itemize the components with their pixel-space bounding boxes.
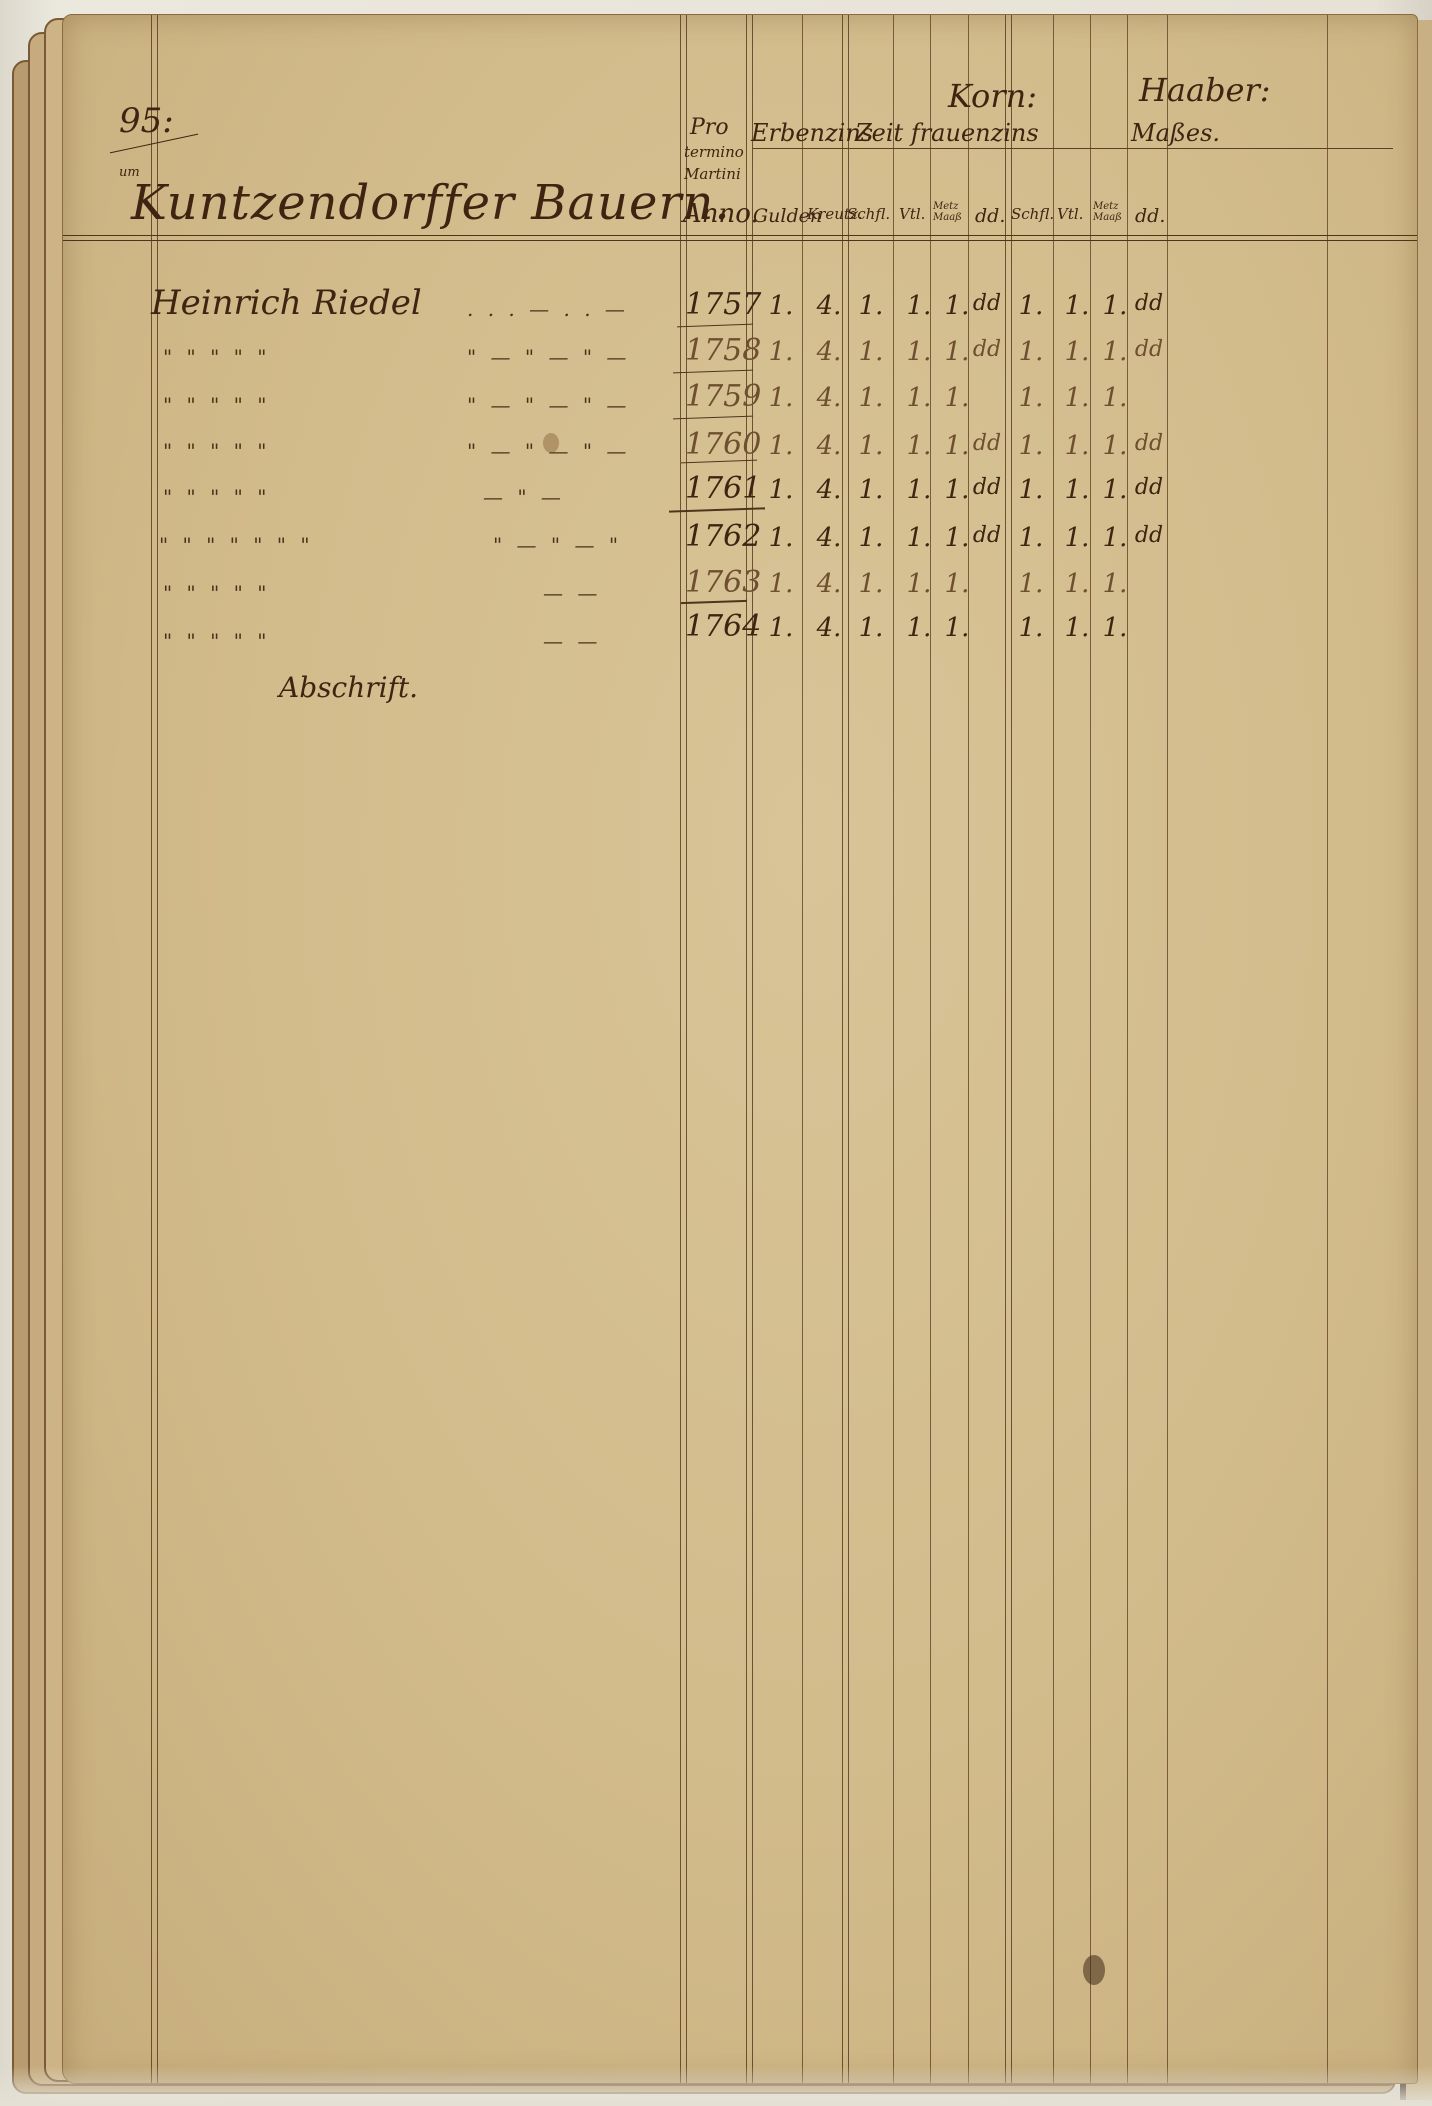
header-haaber: Haaber: xyxy=(1139,71,1271,109)
row-name-ditto: " " " " " xyxy=(163,345,270,369)
value-cell: 4. xyxy=(811,337,847,367)
value-cell: 1. xyxy=(901,523,937,553)
row-year: 1761 xyxy=(685,471,761,506)
value-cell: 1. xyxy=(1013,475,1049,505)
row-ditto-fill: — " — xyxy=(483,485,565,509)
row-ditto-fill: " — " — " — xyxy=(467,393,630,417)
row-year: 1760 xyxy=(685,427,761,462)
row-ditto-fill: " — " — " — xyxy=(467,345,630,369)
row-year: 1758 xyxy=(685,333,761,368)
value-cell: 4. xyxy=(811,291,847,321)
column-rule xyxy=(1127,15,1128,2083)
row-year: 1764 xyxy=(685,609,761,644)
ditto-cell: dd xyxy=(969,291,1005,316)
value-cell: 1. xyxy=(1059,523,1095,553)
value-cell: 1. xyxy=(1097,475,1133,505)
value-cell: 1. xyxy=(1013,337,1049,367)
value-cell: 1. xyxy=(763,475,799,505)
value-cell: 1. xyxy=(901,383,937,413)
row-name: Heinrich Riedel xyxy=(151,283,422,323)
row-name-ditto: " " " " " " " xyxy=(159,533,314,557)
col-header-metz-2: Metz Maaß xyxy=(1093,201,1127,223)
value-cell: 1. xyxy=(1059,337,1095,367)
ditto-cell: dd xyxy=(1131,475,1167,500)
row-name-ditto: " " " " " xyxy=(163,629,270,653)
header-martini: Martini xyxy=(684,165,741,183)
header-korn-sub: Zeit frauenzins xyxy=(855,119,1039,147)
ditto-cell: dd xyxy=(1131,431,1167,456)
value-cell: 1. xyxy=(763,523,799,553)
value-cell: 1. xyxy=(939,613,975,643)
column-rule-grain-right xyxy=(1005,15,1012,2083)
value-cell: 1. xyxy=(763,337,799,367)
value-cell: 1. xyxy=(1013,383,1049,413)
margin-rule xyxy=(151,15,158,2083)
value-cell: 1. xyxy=(1059,383,1095,413)
value-cell: 1. xyxy=(763,613,799,643)
column-rule xyxy=(1053,15,1054,2083)
col-header-scheffel-2: Schfl. xyxy=(1011,205,1054,223)
row-year: 1763 xyxy=(685,565,761,600)
value-cell: 1. xyxy=(1097,291,1133,321)
value-cell: 1. xyxy=(1013,613,1049,643)
row-ditto-fill: — — xyxy=(543,629,601,653)
value-cell: 1. xyxy=(1097,523,1133,553)
row-year: 1762 xyxy=(685,519,761,554)
value-cell: 4. xyxy=(811,523,847,553)
ditto-cell: dd xyxy=(1131,291,1167,316)
value-cell: 1. xyxy=(1097,569,1133,599)
value-cell: 1. xyxy=(853,431,889,461)
col-header-dd: dd. xyxy=(975,205,1005,227)
ditto-cell: dd xyxy=(969,431,1005,456)
col-header-viertel-2: Vtl. xyxy=(1057,205,1083,223)
value-cell: 1. xyxy=(901,291,937,321)
value-cell: 1. xyxy=(763,383,799,413)
damage-mark xyxy=(1083,1955,1105,1985)
value-cell: 1. xyxy=(1013,569,1049,599)
year-strike xyxy=(681,600,747,604)
value-cell: 4. xyxy=(811,475,847,505)
row-name-ditto: " " " " " xyxy=(163,439,270,463)
column-rule xyxy=(930,15,931,2083)
value-cell: 1. xyxy=(763,431,799,461)
column-rule xyxy=(968,15,969,2083)
column-rule xyxy=(1167,15,1168,2083)
column-rule-money-right xyxy=(842,15,849,2083)
row-ditto-fill: — — xyxy=(543,581,601,605)
value-cell: 1. xyxy=(1097,431,1133,461)
value-cell: 1. xyxy=(1059,291,1095,321)
header-korn: Korn: xyxy=(948,77,1037,115)
ditto-cell: dd xyxy=(1131,523,1167,548)
header-termino: termino xyxy=(684,143,744,161)
signature: Abschrift. xyxy=(279,671,418,704)
value-cell: 1. xyxy=(853,475,889,505)
header-masses: Maßes. xyxy=(1131,119,1220,147)
value-cell: 4. xyxy=(811,383,847,413)
ditto-cell: dd xyxy=(969,475,1005,500)
value-cell: 1. xyxy=(763,291,799,321)
value-cell: 4. xyxy=(811,431,847,461)
value-cell: 1. xyxy=(1097,337,1133,367)
value-cell: 1. xyxy=(1059,569,1095,599)
value-cell: 4. xyxy=(811,569,847,599)
col-header-viertel: Vtl. xyxy=(899,205,925,223)
value-cell: 1. xyxy=(901,475,937,505)
row-name-ditto: " " " " " xyxy=(163,581,270,605)
value-cell: 1. xyxy=(763,569,799,599)
col-header-dd-2: dd. xyxy=(1135,205,1165,227)
value-cell: 4. xyxy=(811,613,847,643)
value-cell: 1. xyxy=(853,291,889,321)
value-cell: 1. xyxy=(1059,475,1095,505)
ink-stain xyxy=(543,433,559,453)
value-cell: 1. xyxy=(853,383,889,413)
value-cell: 1. xyxy=(1097,613,1133,643)
ditto-cell: dd xyxy=(969,337,1005,362)
value-cell: 1. xyxy=(901,613,937,643)
value-cell: 1. xyxy=(939,569,975,599)
value-cell: 1. xyxy=(853,337,889,367)
value-cell: 1. xyxy=(1013,431,1049,461)
row-name-ditto: " " " " " xyxy=(163,485,270,509)
page-title: Kuntzendorffer Bauern. xyxy=(131,175,731,231)
row-year: 1757 xyxy=(685,287,761,322)
header-pro: Pro xyxy=(690,115,729,140)
folio-number: 95: xyxy=(119,101,174,141)
value-cell: 1. xyxy=(853,523,889,553)
ditto-cell: dd xyxy=(1131,337,1167,362)
year-strike xyxy=(677,324,753,328)
value-cell: 1. xyxy=(853,613,889,643)
value-cell: 1. xyxy=(1013,523,1049,553)
col-header-metz: Metz Maaß xyxy=(933,201,967,223)
column-rule xyxy=(1090,15,1091,2083)
row-ditto-fill: " — " — " xyxy=(493,533,622,557)
value-cell: 1. xyxy=(1097,383,1133,413)
value-cell: 1. xyxy=(1013,291,1049,321)
row-year: 1759 xyxy=(685,379,761,414)
row-ditto-fill: . . . — . . — xyxy=(467,297,629,321)
header-bottom-rule xyxy=(63,235,1417,241)
value-cell: 1. xyxy=(901,337,937,367)
right-margin-rule xyxy=(1327,15,1328,2083)
column-rule xyxy=(802,15,803,2083)
value-cell: 1. xyxy=(901,569,937,599)
value-cell: 1. xyxy=(939,383,975,413)
torn-bottom-edge xyxy=(0,2066,1432,2106)
column-rule-year-right xyxy=(746,15,753,2083)
row-name-ditto: " " " " " xyxy=(163,393,270,417)
ledger-page: 95: um Kuntzendorffer Bauern. Pro termin… xyxy=(62,14,1418,2084)
column-rule xyxy=(893,15,894,2083)
value-cell: 1. xyxy=(1059,613,1095,643)
value-cell: 1. xyxy=(1059,431,1095,461)
value-cell: 1. xyxy=(901,431,937,461)
ditto-cell: dd xyxy=(969,523,1005,548)
col-header-anno: Anno. xyxy=(683,199,759,229)
header-group-rule xyxy=(753,148,1393,149)
col-header-scheffel: Schfl. xyxy=(847,205,890,223)
value-cell: 1. xyxy=(853,569,889,599)
